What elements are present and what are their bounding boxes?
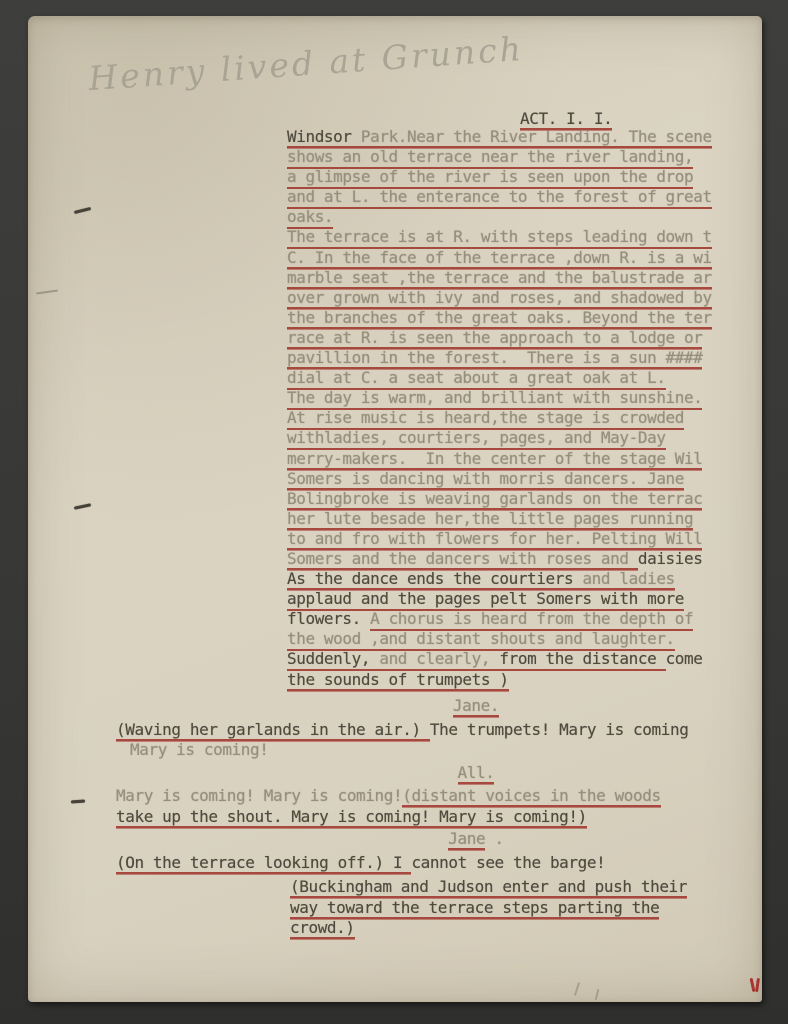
pencil-dash-mark — [71, 800, 85, 804]
text-segment: race at R. is seen the approach to a lod… — [287, 328, 702, 350]
text-segment: daisies — [638, 549, 703, 568]
stage-direction-line: flowers. A chorus is heard from the dept… — [287, 609, 757, 629]
text-segment: (Waving her garlands in the air.) — [116, 720, 430, 742]
text-segment: Mary is coming! — [130, 740, 269, 759]
text-segment: applaud and the pages pelt Somers with m… — [287, 589, 684, 611]
text-segment: oaks. — [287, 207, 333, 229]
stage-direction-line: shows an old terrace near the river land… — [287, 147, 757, 167]
stage-direction-line: The day is warm, and brilliant with suns… — [287, 388, 757, 408]
stage-direction-line: the branches of the great oaks. Beyond t… — [287, 308, 757, 328]
stage-direction-line: dial at C. a seat about a great oak at L… — [287, 368, 757, 388]
dialogue-line: (Waving her garlands in the air.) The tr… — [116, 720, 756, 741]
text-segment: over grown with ivy and roses, and shado… — [287, 288, 712, 310]
text-segment: (On the terrace looking off.) I — [116, 853, 411, 875]
stage-direction-line: The terrace is at R. with steps leading … — [287, 227, 757, 247]
text-segment: from the distance — [499, 649, 665, 671]
text-segment: The trumpets! Mary is coming — [430, 720, 689, 739]
stage-direction-line: Windsor Park.Near the River Landing. The… — [287, 127, 757, 147]
handwritten-annotation: Henry lived at Grunch — [87, 29, 525, 98]
stage-direction-line: pavillion in the forest. There is a sun … — [287, 348, 757, 368]
text-segment: Mary is coming! Mary is coming! — [116, 786, 402, 805]
text-segment: the branches of the great oaks. Beyond t… — [287, 308, 712, 330]
pencil-slash-mark — [574, 982, 580, 996]
inline-stage-direction: (Buckingham and Judson enter and push th… — [116, 877, 756, 898]
text-segment: All. — [458, 763, 495, 785]
dialogue-line: Mary is coming! Mary is coming!(distant … — [116, 786, 756, 807]
text-segment: Windsor — [287, 127, 361, 149]
stage-directions-block: Windsor Park.Near the River Landing. The… — [287, 127, 757, 690]
stage-direction-line: As the dance ends the courtiers and ladi… — [287, 569, 757, 589]
stage-direction-line: At rise music is heard,the stage is crow… — [287, 408, 757, 428]
text-segment: (distant voices in the woods — [402, 786, 661, 808]
character-cue: All. — [156, 763, 788, 784]
text-segment: flowers. — [287, 609, 370, 628]
text-segment: a glimpse of the river is seen upon the … — [287, 167, 693, 189]
character-cue: Jane. — [156, 696, 788, 717]
stage-direction-line: the sounds of trumpets ) — [287, 670, 757, 690]
stage-direction-line: Somers is dancing with morris dancers. J… — [287, 469, 757, 489]
stage-direction-line: race at R. is seen the approach to a lod… — [287, 328, 757, 348]
text-segment: marble seat ,the terrace and the balustr… — [287, 268, 712, 290]
text-segment: C. In the face of the terrace ,down R. i… — [287, 248, 712, 270]
text-segment: As the dance ends the courtiers — [287, 569, 582, 591]
stage-direction-line: to and fro with flowers for her. Pelting… — [287, 529, 757, 549]
text-segment: and at L. the enterance to the forest of… — [287, 187, 712, 209]
character-cue: Jane . — [156, 829, 788, 850]
text-segment: merry-makers. In the center of the stage… — [287, 449, 702, 471]
inline-stage-direction: way toward the terrace steps parting the — [116, 898, 756, 919]
pencil-slash-mark — [595, 989, 600, 1000]
text-segment: At rise music is heard,the stage is crow… — [287, 408, 684, 430]
stage-direction-line: merry-makers. In the center of the stage… — [287, 449, 757, 469]
pencil-dash-mark — [74, 207, 91, 214]
stage-direction-line: marble seat ,the terrace and the balustr… — [287, 268, 757, 288]
text-segment: . — [485, 829, 503, 848]
pencil-dash-mark — [74, 503, 91, 509]
red-tick-mark — [750, 978, 760, 996]
dialogue-line: (On the terrace looking off.) I cannot s… — [116, 853, 756, 874]
stage-direction-line: over grown with ivy and roses, and shado… — [287, 288, 757, 308]
text-segment: the sounds of trumpets ) — [287, 670, 509, 692]
text-segment: A chorus is heard from the depth of — [370, 609, 693, 631]
stage-direction-line: Bolingbroke is weaving garlands on the t… — [287, 489, 757, 509]
pencil-smudge-mark — [36, 289, 58, 294]
stage-direction-line: Suddenly, and clearly, from the distance… — [287, 649, 757, 669]
text-segment: Bolingbroke is weaving garlands on the t… — [287, 489, 702, 511]
text-segment: take up the shout. Mary is coming! Mary … — [116, 807, 587, 829]
text-segment: dial at C. a seat about a great oak at L… — [287, 368, 666, 390]
text-segment: Suddenly, — [287, 649, 379, 671]
text-segment: come — [666, 649, 703, 668]
inline-stage-direction: crowd.) — [116, 918, 756, 939]
stage-direction-line: and at L. the enterance to the forest of… — [287, 187, 757, 207]
text-segment: Somers is dancing with morris dancers. J… — [287, 469, 684, 491]
stage-direction-line: oaks. — [287, 207, 757, 227]
dialogue-line: take up the shout. Mary is coming! Mary … — [116, 807, 756, 828]
text-segment: Somers and the dancers with roses and — [287, 549, 638, 571]
stage-direction-line: her lute besade her,the little pages run… — [287, 509, 757, 529]
text-segment: The terrace is at R. with steps leading … — [287, 227, 712, 249]
text-segment: pavillion in the forest. There is a sun … — [287, 348, 702, 370]
text-segment: (Buckingham and Judson enter and push th… — [290, 877, 687, 899]
dialogue-block: Jane.(Waving her garlands in the air.) T… — [116, 694, 756, 939]
text-segment: shows an old terrace near the river land… — [287, 147, 693, 169]
text-segment: her lute besade her,the little pages run… — [287, 509, 693, 531]
text-segment: to and fro with flowers for her. Pelting… — [287, 529, 702, 551]
dialogue-line: Mary is coming! — [116, 740, 756, 761]
text-segment: and ladies — [582, 569, 674, 591]
text-segment: Jane — [448, 829, 485, 851]
text-segment: crowd.) — [290, 918, 355, 940]
manuscript-page: Henry lived at Grunch ACT. I. I. Windsor… — [28, 16, 762, 1002]
stage-direction-line: a glimpse of the river is seen upon the … — [287, 167, 757, 187]
stage-direction-line: Somers and the dancers with roses and da… — [287, 549, 757, 569]
text-segment: Park.Near the River Landing. The scene — [361, 127, 712, 149]
text-segment: the wood ,and distant shouts and laughte… — [287, 629, 675, 651]
stage-direction-line: C. In the face of the terrace ,down R. i… — [287, 248, 757, 268]
text-segment: withladies, courtiers, pages, and May-Da… — [287, 428, 666, 450]
stage-direction-line: withladies, courtiers, pages, and May-Da… — [287, 428, 757, 448]
text-segment: way toward the terrace steps parting the — [290, 898, 659, 920]
text-segment: cannot see the barge! — [411, 853, 605, 872]
scan-background: Henry lived at Grunch ACT. I. I. Windsor… — [0, 0, 788, 1024]
stage-direction-line: the wood ,and distant shouts and laughte… — [287, 629, 757, 649]
text-segment: Jane. — [453, 696, 499, 718]
text-segment: The day is warm, and brilliant with suns… — [287, 388, 702, 410]
stage-direction-line: applaud and the pages pelt Somers with m… — [287, 589, 757, 609]
text-segment: and clearly, — [379, 649, 499, 671]
